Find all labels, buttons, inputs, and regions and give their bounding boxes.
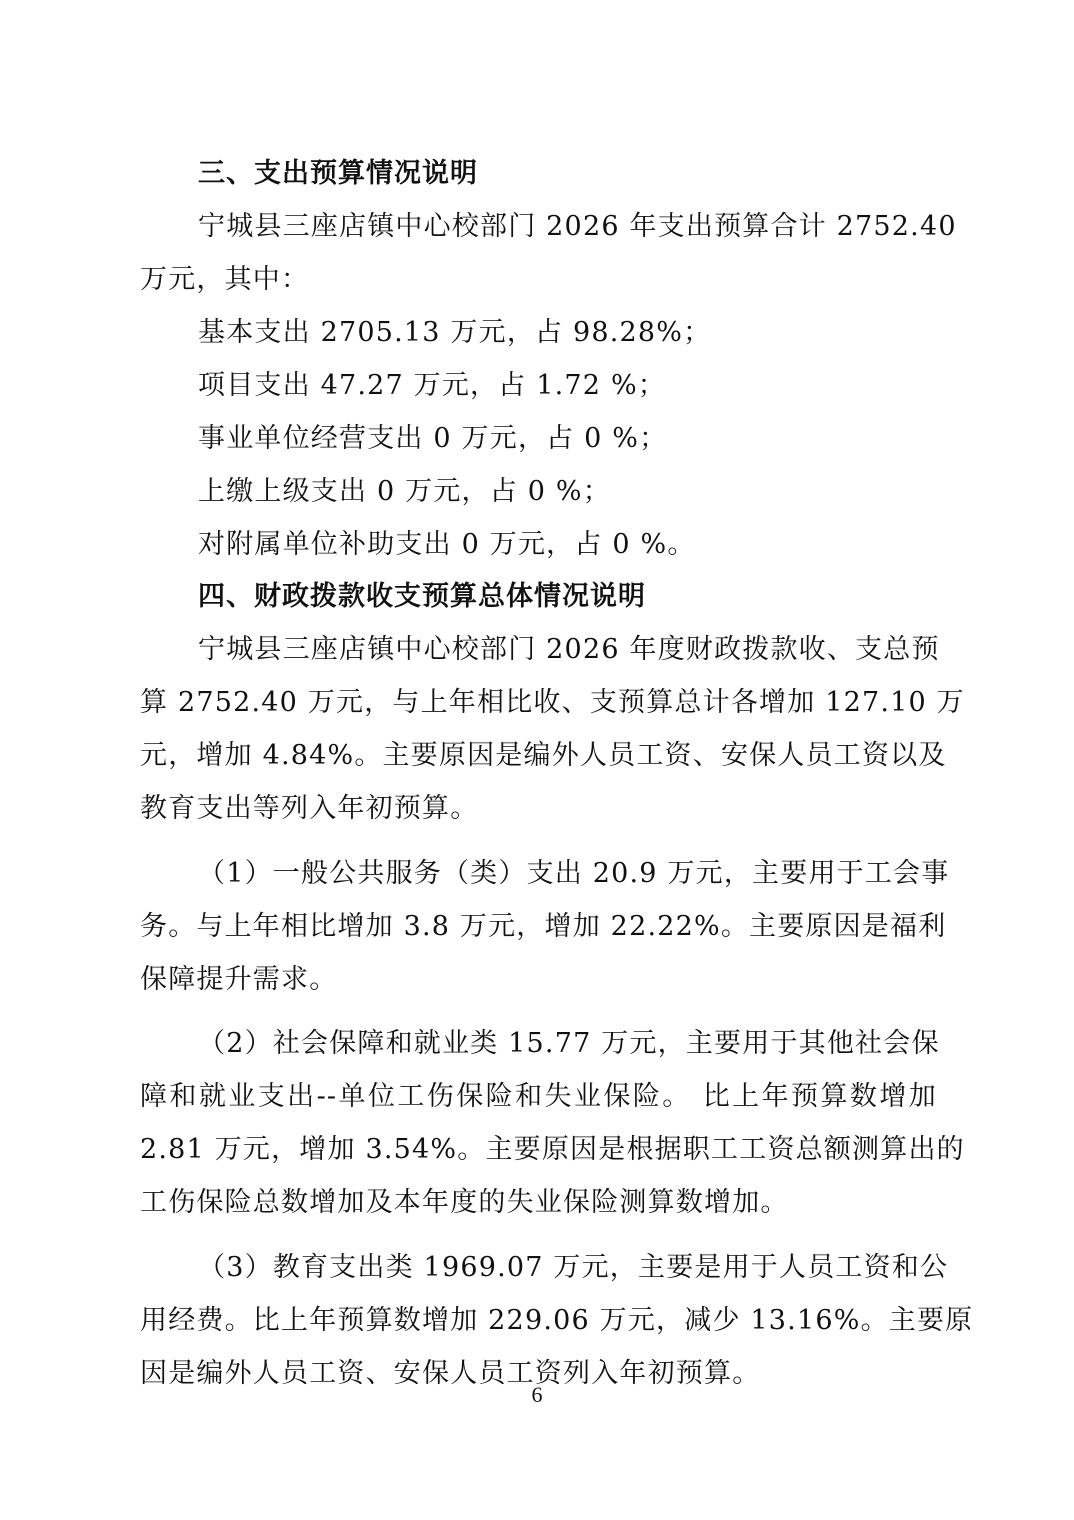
section-heading-expenditure-budget: 三、支出预算情况说明 (198, 157, 478, 191)
paragraph-line: 保障提升需求。 (140, 963, 937, 997)
list-item-project-expenditure: 项目支出 47.27 万元，占 1.72 %； (198, 369, 937, 403)
list-item-business-expenditure: 事业单位经营支出 0 万元，占 0 %； (198, 422, 937, 456)
paragraph-line: 2.81 万元，增加 3.54%。主要原因是根据职工工资总额测算出的 (140, 1133, 937, 1167)
list-item-basic-expenditure: 基本支出 2705.13 万元，占 98.28%； (198, 316, 937, 350)
paragraph-line: 算 2752.40 万元，与上年相比收、支预算总计各增加 127.10 万 (140, 686, 937, 720)
paragraph-line: 教育支出等列入年初预算。 (140, 792, 937, 826)
paragraph-education: （3）教育支出类 1969.07 万元，主要是用于人员工资和公 (198, 1251, 937, 1285)
paragraph-line: 障和就业支出--单位工伤保险和失业保险。 比上年预算数增加 (140, 1080, 937, 1114)
paragraph-line: 宁城县三座店镇中心校部门 2026 年度财政拨款收、支总预 (198, 633, 937, 667)
paragraph-line: 务。与上年相比增加 3.8 万元，增加 22.22%。主要原因是福利 (140, 910, 937, 944)
paragraph-general-public-services: （1）一般公共服务（类）支出 20.9 万元，主要用于工会事 (198, 857, 937, 891)
paragraph-social-security: （2）社会保障和就业类 15.77 万元，主要用于其他社会保 (198, 1027, 937, 1061)
paragraph-line: 元，增加 4.84%。主要原因是编外人员工资、安保人员工资以及 (140, 739, 937, 773)
paragraph-line: 工伤保险总数增加及本年度的失业保险测算数增加。 (140, 1186, 937, 1220)
paragraph-line: 万元，其中： (140, 263, 937, 297)
document-page: 三、支出预算情况说明 宁城县三座店镇中心校部门 2026 年支出预算合计 275… (0, 0, 1074, 1520)
list-item-remit-superior-expenditure: 上缴上级支出 0 万元，占 0 %； (198, 475, 937, 509)
section-heading-fiscal-appropriation: 四、财政拨款收支预算总体情况说明 (198, 580, 646, 614)
list-item-subsidiary-subsidy-expenditure: 对附属单位补助支出 0 万元，占 0 %。 (198, 528, 937, 562)
paragraph-line: 用经费。比上年预算数增加 229.06 万元，减少 13.16%。主要原 (140, 1304, 937, 1338)
page-number: 6 (0, 1381, 1074, 1409)
paragraph-line: 宁城县三座店镇中心校部门 2026 年支出预算合计 2752.40 (198, 210, 937, 244)
